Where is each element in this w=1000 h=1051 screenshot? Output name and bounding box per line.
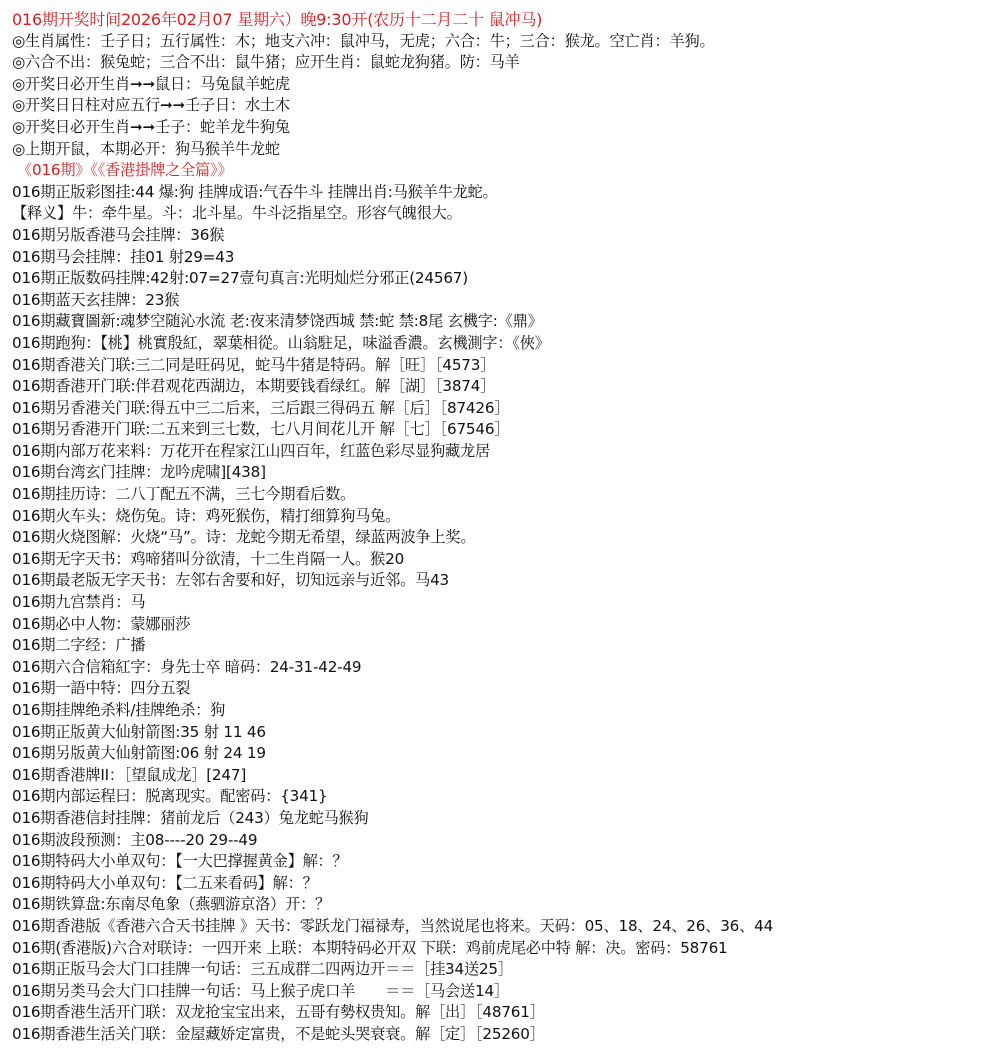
entry-line: 016期特码大小单双句：【二五来看码】解：？ [12, 873, 1000, 895]
entry-line: 016期藏寶圖新:魂梦空随沁水流 老:夜来清梦饶西城 禁:蛇 禁:8尾 玄機字:… [12, 311, 1000, 333]
entry-line: 016期内部万花来料：万花开在程家江山四百年，红蓝色彩尽显狗藏龙居 [12, 441, 1000, 463]
entry-line: 016期香港牌II：［望鼠成龙］[247] [12, 765, 1000, 787]
entry-line: 016期香港生活开门联：双龙抢宝宝出来，五哥有勢权贵知。解［出］［48761］ [12, 1002, 1000, 1024]
entry-line: 016期另香港开门联:二五来到三七数，七八月间花儿开 解［七］［67546］ [12, 419, 1000, 441]
attribute-line-last-period: ◎上期开鼠，本期必开：狗马猴羊牛龙蛇 [12, 139, 1000, 161]
entry-line: 016期正版彩图挂:44 爆:狗 挂牌成语:气吞牛斗 挂牌出肖:马猴羊牛龙蛇。 [12, 182, 1000, 204]
entry-line: 016期香港开门联:伴君观花西湖边，本期要钱看绿红。解［湖］［3874］ [12, 376, 1000, 398]
entry-line: 016期九宫禁肖：马 [12, 592, 1000, 614]
entry-line: 016期火烧图解：火烧“马”。诗：龙蛇今期无希望，绿蓝两波争上奖。 [12, 527, 1000, 549]
entry-line: 016期正版马会大门口挂牌一句话：三五成群二四两边开＝＝［挂34送25］ [12, 959, 1000, 981]
entry-line: 016期另香港关门联:得五中三二后来，三后跟三得码五 解［后］［87426］ [12, 398, 1000, 420]
entry-line: 016期挂历诗：二八丁配五不满，三七今期看后数。 [12, 484, 1000, 506]
entry-line: 016期正版数码挂牌:42射:07=27壹句真言:光明灿烂分邪正(24567) [12, 268, 1000, 290]
entry-line: 016期无字天书：鸡啼猪叫分欲清，十二生肖隔一人。猴20 [12, 549, 1000, 571]
entry-line: 016期另版黄大仙射箭图:06 射 24 19 [12, 743, 1000, 765]
entry-line: 【释义】牛：牵牛星。斗：北斗星。牛斗泛指星空。形容气魄很大。 [12, 203, 1000, 225]
entry-line: 016期内部运程曰：脱离现实。配密码：{341} [12, 786, 1000, 808]
document: 016期开奖时间2026年02月07 星期六）晚9:30开(农历十二月二十 鼠冲… [0, 0, 1000, 1046]
entry-line: 016期(香港版)六合对联诗：一四开来 上联：本期特码必开双 下联：鸡前虎尾必中… [12, 938, 1000, 960]
entry-line: 016期挂牌绝杀料/挂牌绝杀：狗 [12, 700, 1000, 722]
entry-line: 016期香港关门联:三二同是旺码见，蛇马牛猪是特码。解［旺］［4573］ [12, 355, 1000, 377]
entry-line: 016期波段预测：主08----20 29--49 [12, 830, 1000, 852]
draw-time-header: 016期开奖时间2026年02月07 星期六）晚9:30开(农历十二月二十 鼠冲… [12, 9, 1000, 31]
entry-line: 016期香港信封挂牌：猪前龙后（243）兔龙蛇马猴狗 [12, 808, 1000, 830]
section-title: 《016期》《《香港掛牌之全篇》》 [12, 160, 1000, 182]
entry-line: 016期另类马会大门口挂牌一句话：马上猴子虎口羊 ＝＝［马会送14］ [12, 981, 1000, 1003]
entry-line: 016期特码大小单双句：【一大巴撑握黄金】解：？ [12, 851, 1000, 873]
entry-line: 016期一語中特：四分五裂 [12, 678, 1000, 700]
entry-line: 016期二字经：广播 [12, 635, 1000, 657]
entry-line: 016期正版黄大仙射箭图:35 射 11 46 [12, 722, 1000, 744]
entry-line: 016期最老版无字天书：左邻右舍要和好，切知远亲与近邻。马43 [12, 570, 1000, 592]
entry-line: 016期马会挂牌：挂01 射29=43 [12, 247, 1000, 269]
attribute-line-must-open-renzi: ◎开奖日必开生肖➞➞壬子：蛇羊龙牛狗兔 [12, 117, 1000, 139]
entry-line: 016期必中人物：蒙娜丽莎 [12, 614, 1000, 636]
entry-line: 016期六合信箱紅字：身先士卒 暗码：24-31-42-49 [12, 657, 1000, 679]
entry-line: 016期铁算盘:东南尽龟象（燕驷游京洛）开：？ [12, 894, 1000, 916]
entry-line: 016期台湾玄门挂牌：龙吟虎啸][438] [12, 462, 1000, 484]
attribute-line-zodiac: ◎生肖属性：壬子日；五行属性：木；地支六冲：鼠冲马，无虎；六合：牛；三合：猴龙。… [12, 31, 1000, 53]
entry-line: 016期火车头：烧伤兔。诗：鸡死猴伤，精打细算狗马兔。 [12, 506, 1000, 528]
entry-line: 016期蓝天玄挂牌：23猴 [12, 290, 1000, 312]
attribute-line-must-open-rat-day: ◎开奖日必开生肖➞➞鼠日：马兔鼠羊蛇虎 [12, 74, 1000, 96]
attribute-line-liuhe: ◎六合不出：猴兔蛇；三合不出：鼠牛猪；应开生肖：鼠蛇龙狗猪。防：马羊 [12, 52, 1000, 74]
entry-line: 016期另版香港马会挂牌：36猴 [12, 225, 1000, 247]
attribute-line-five-elements: ◎开奖日日柱对应五行➞➞壬子日：水土木 [12, 95, 1000, 117]
entry-line: 016期跑狗：【桃】桃實殷紅，翠葉相從。山翁駐足，味溢香濃。玄機測字：《俠》 [12, 333, 1000, 355]
entry-line: 016期香港生活关门联：金屋藏娇定富贵，不是蛇头哭衰衰。解［定］［25260］ [12, 1024, 1000, 1046]
entry-line: 016期香港版《香港六合天书挂牌 》天书：零跃龙门福禄寿，当然说尾也将来。天码：… [12, 916, 1000, 938]
